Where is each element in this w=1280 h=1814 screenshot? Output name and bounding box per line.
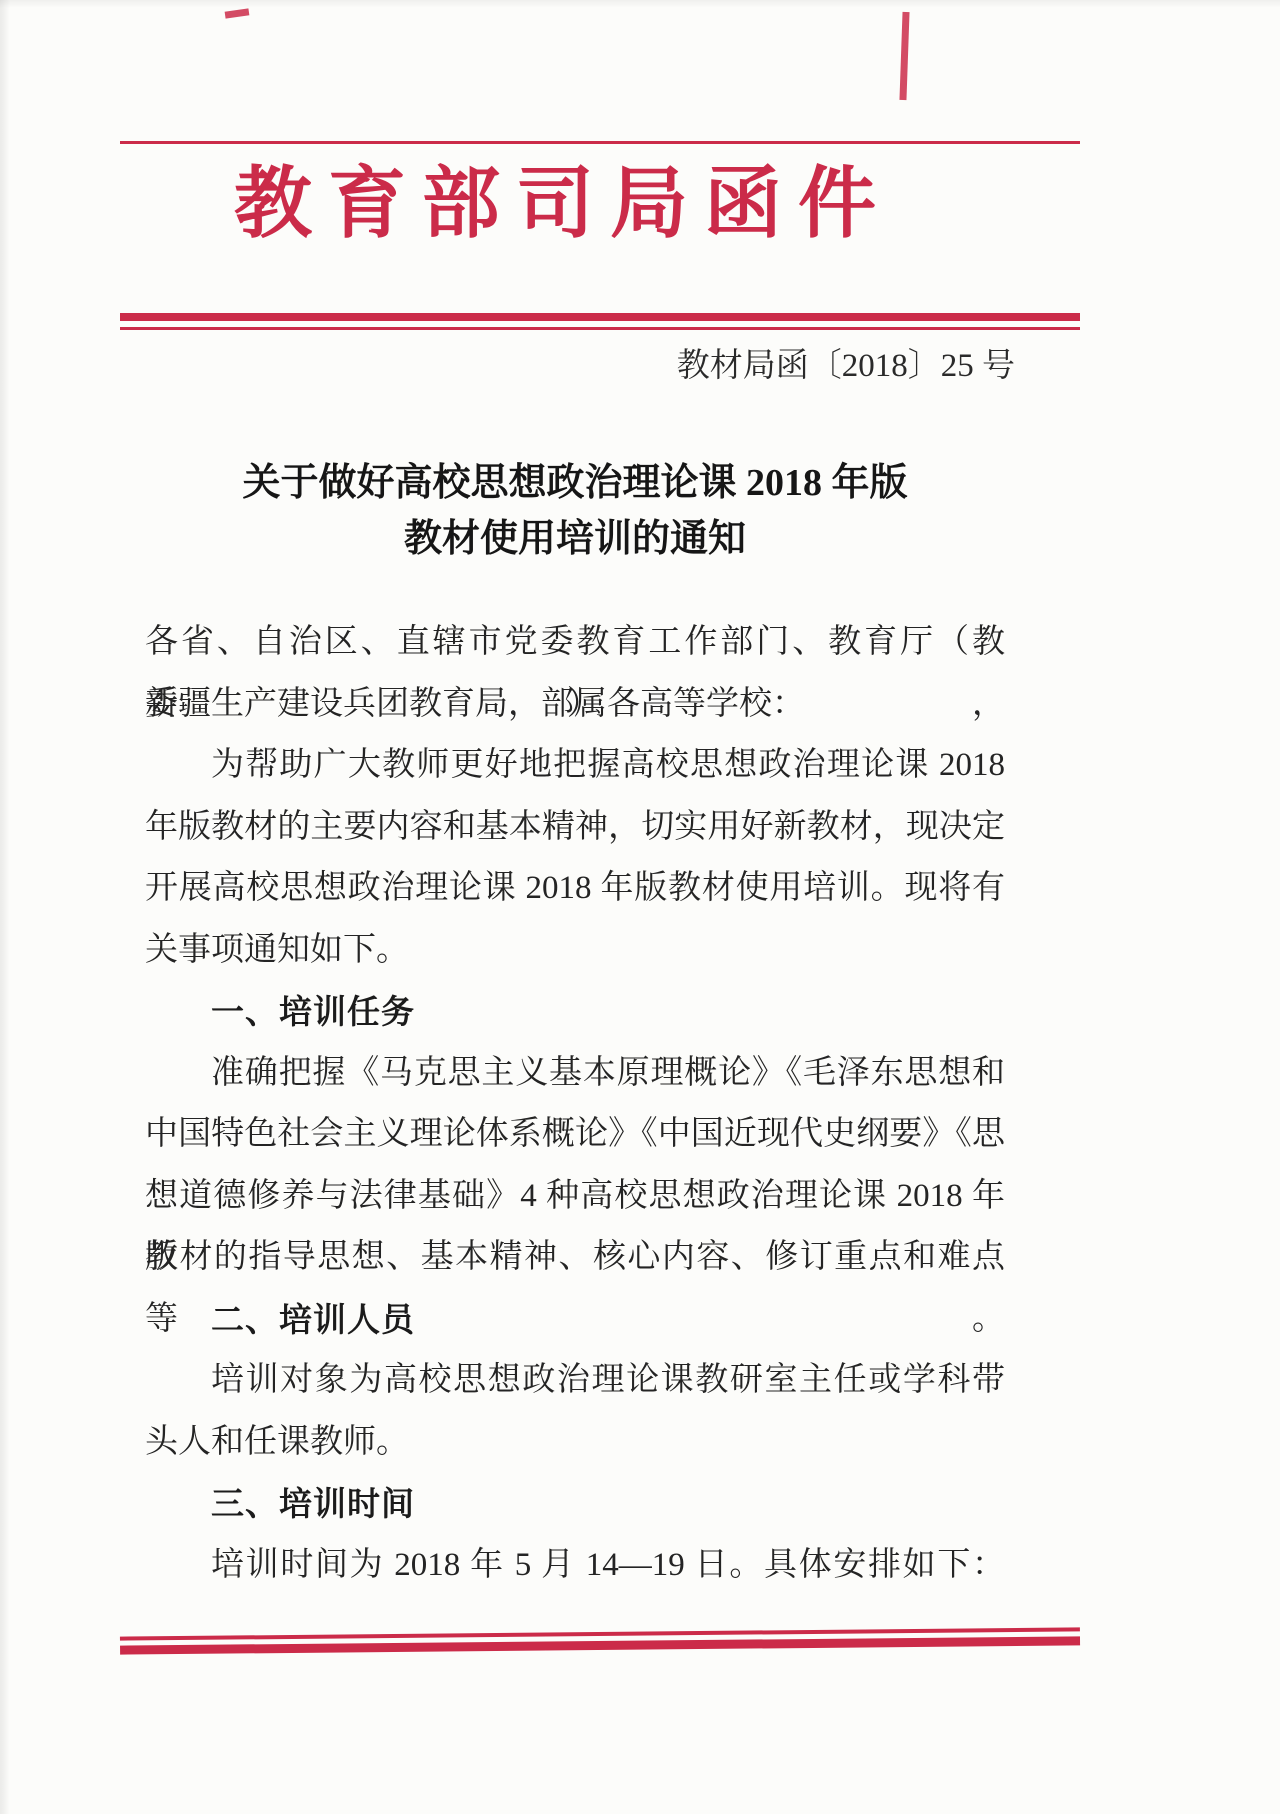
header-divider-thick <box>120 313 1080 321</box>
document-title: 关于做好高校思想政治理论课 2018 年版 教材使用培训的通知 <box>95 455 1055 567</box>
red-registration-mark-left <box>225 8 250 18</box>
document-number: 教材局函〔2018〕25 号 <box>120 342 1015 390</box>
body-line: 中国特色社会主义理论体系概论》《中国近现代史纲要》《思 <box>145 1104 1005 1166</box>
header-divider-thin <box>120 327 1080 330</box>
body-line: 年版教材的主要内容和基本精神，切实用好新教材，现决定 <box>145 797 1005 859</box>
body-line: 关事项通知如下。 <box>145 920 1005 982</box>
body-line: 开展高校思想政治理论课 2018 年版教材使用培训。现将有 <box>145 858 1005 920</box>
footer-divider <box>120 1627 1080 1654</box>
scan-shadow-top <box>0 0 1280 8</box>
body-line: 为帮助广大教师更好地把握高校思想政治理论课 2018 <box>145 735 1005 797</box>
document-title-line2: 教材使用培训的通知 <box>95 511 1055 567</box>
body-line: 教材的指导思想、基本精神、核心内容、修订重点和难点等。 <box>145 1227 1005 1289</box>
document-title-line1: 关于做好高校思想政治理论课 2018 年版 <box>95 455 1055 511</box>
document-body: 各省、自治区、直辖市党委教育工作部门、教育厅（教委）， 新疆生产建设兵团教育局，… <box>145 612 1005 1596</box>
section-heading-3: 三、培训时间 <box>145 1473 1005 1535</box>
body-line: 想道德修养与法律基础》4 种高校思想政治理论课 2018 年版 <box>145 1166 1005 1228</box>
body-line: 培训时间为 2018 年 5 月 14—19 日。具体安排如下： <box>145 1535 1005 1597</box>
body-line: 各省、自治区、直辖市党委教育工作部门、教育厅（教委）， <box>145 612 1005 674</box>
scanned-official-document-page: 教育部司局函件 教材局函〔2018〕25 号 关于做好高校思想政治理论课 201… <box>0 0 1280 1814</box>
red-registration-mark-right <box>899 12 909 100</box>
scan-shadow-left <box>0 0 10 1814</box>
body-line: 准确把握《马克思主义基本原理概论》《毛泽东思想和 <box>145 1043 1005 1105</box>
body-line: 培训对象为高校思想政治理论课教研室主任或学科带 <box>145 1350 1005 1412</box>
body-line: 头人和任课教师。 <box>145 1412 1005 1474</box>
masthead-title: 教育部司局函件 <box>75 158 1035 250</box>
section-heading-1: 一、培训任务 <box>145 981 1005 1043</box>
top-thin-red-rule <box>120 141 1080 144</box>
